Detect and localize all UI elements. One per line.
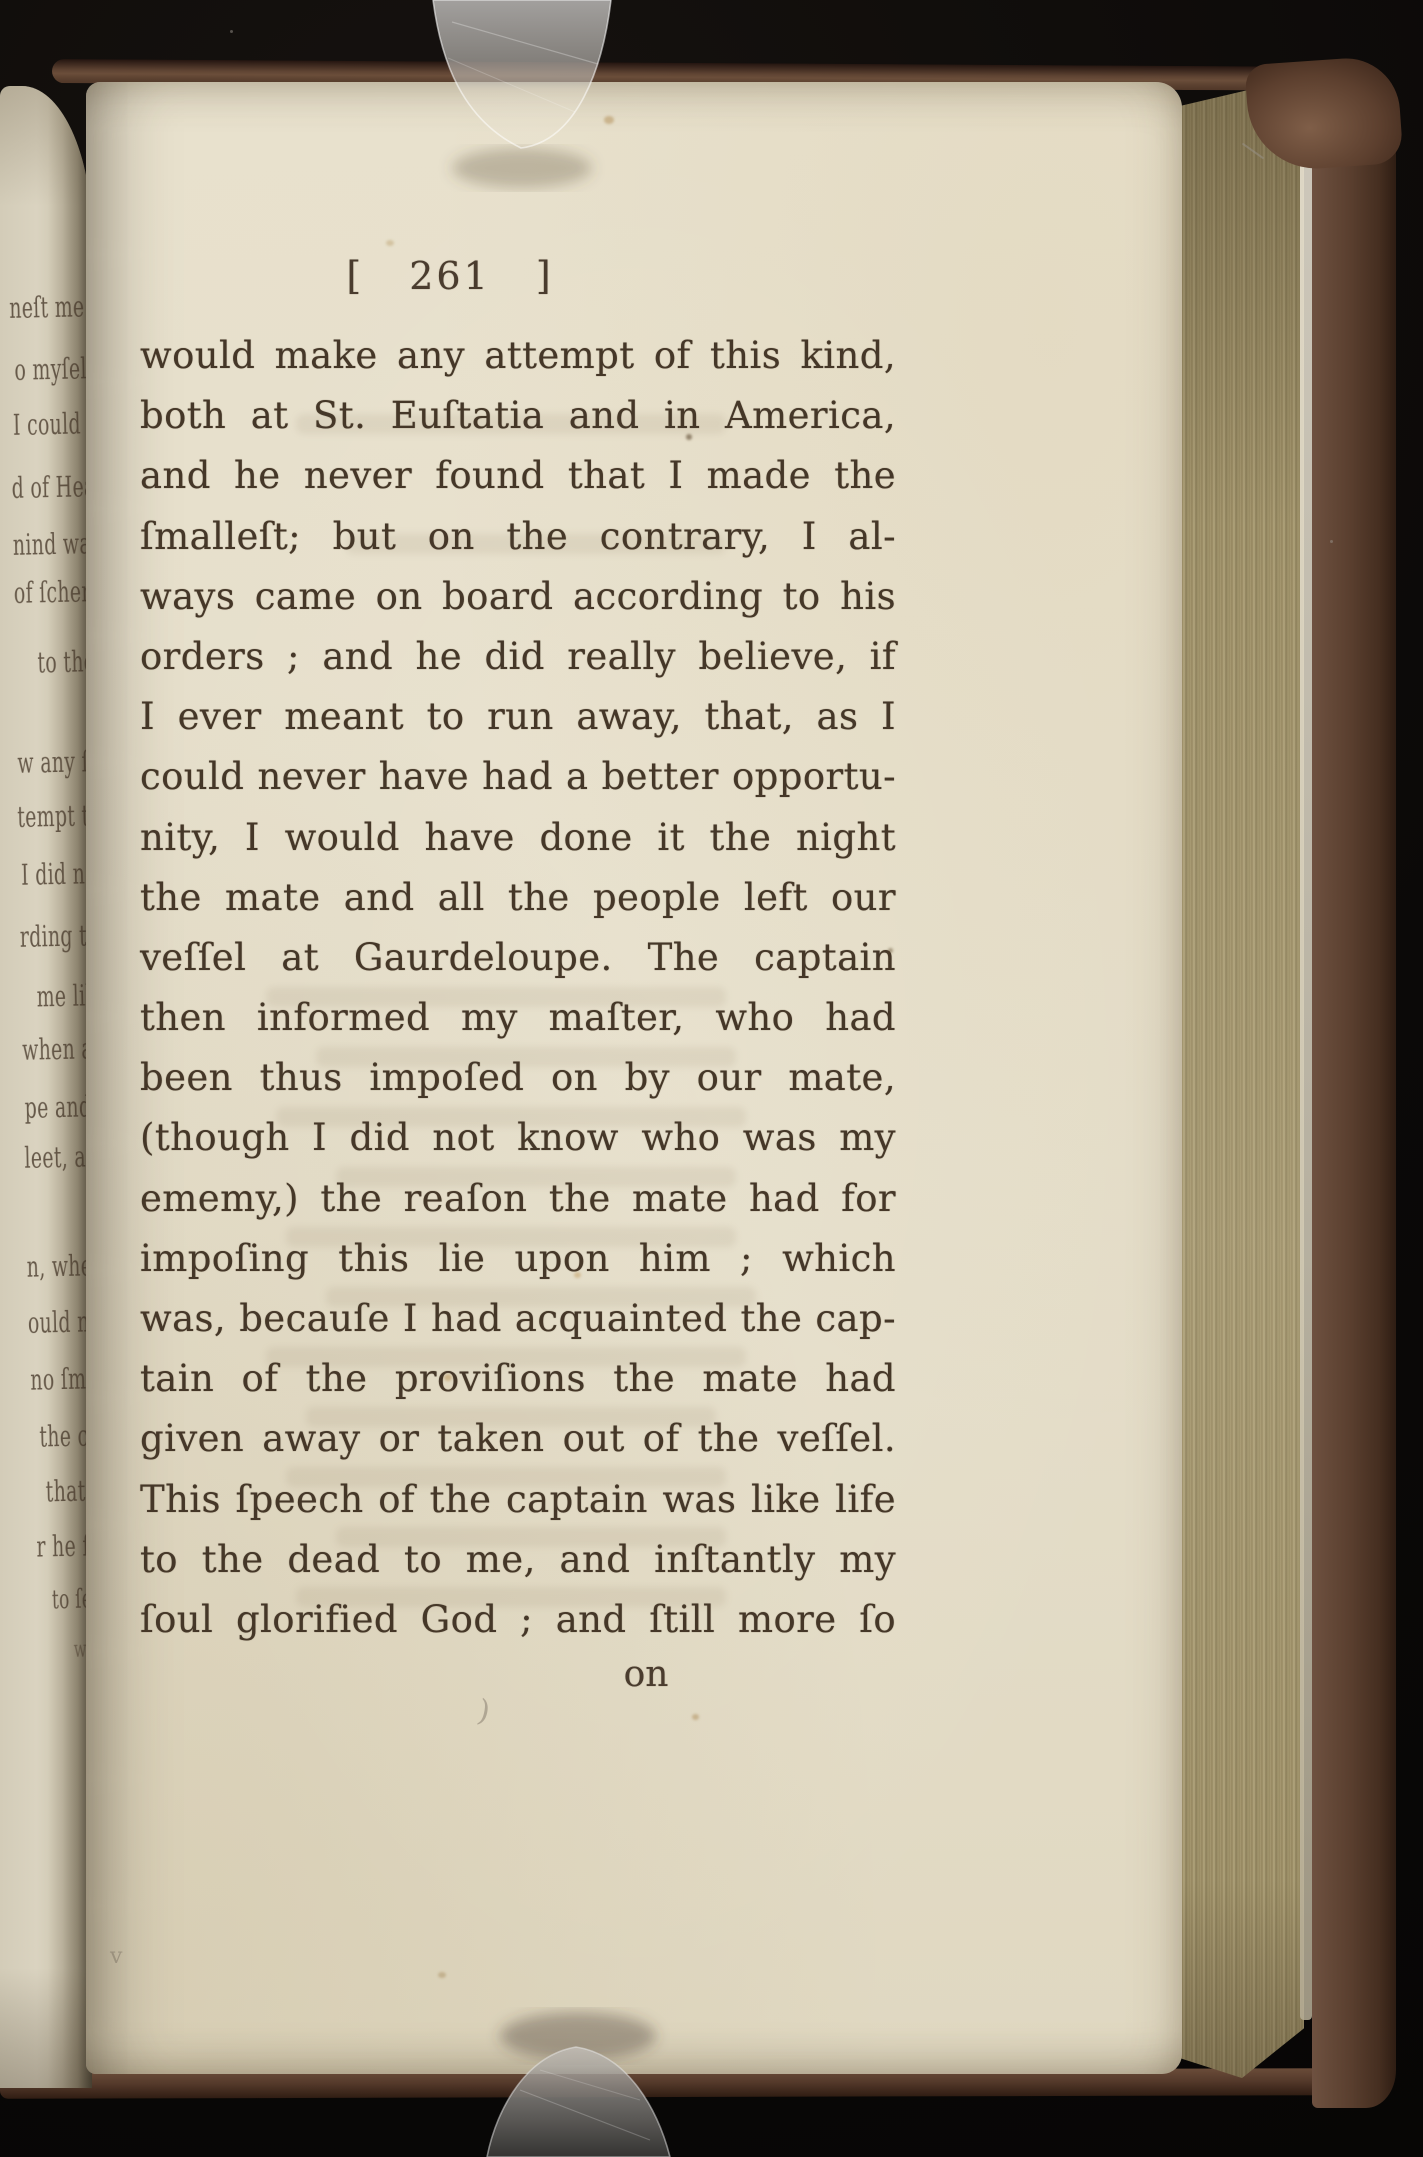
clip-shadow [452,148,592,188]
clip-overlay [0,0,1423,2157]
bottom-clip [487,2047,670,2157]
photo-stage: neſt me o myſelf, I could o d of Heav ni… [0,0,1423,2157]
top-clip [433,0,611,148]
